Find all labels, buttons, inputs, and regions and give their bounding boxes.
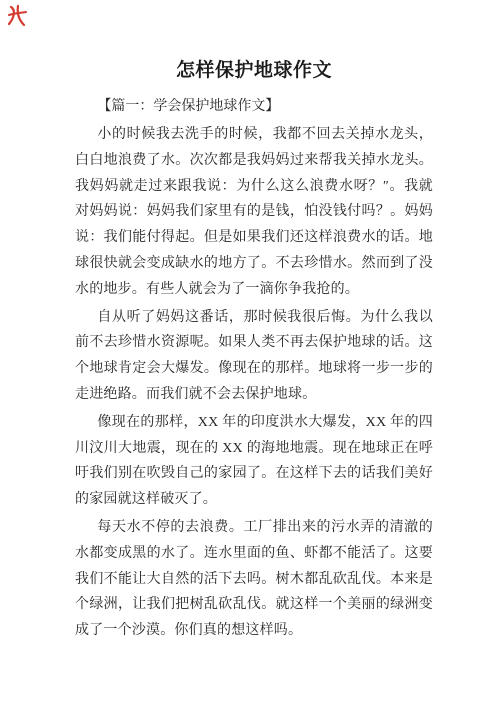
paragraph-1: 小的时候我去洗手的时候，我都不回去关掉水龙头，白白地浪费了水。次次都是我妈妈过来… [75,122,433,303]
section-heading: 【篇一：学会保护地球作文】 [75,94,433,120]
paragraph-2: 自从听了妈妈这番话，那时候我很后悔。为什么我以前不去珍惜水资源呢。如果人类不再去… [75,305,433,408]
essay-document-page: 怎样保护地球作文 【篇一：学会保护地球作文】 小的时候我去洗手的时候，我都不回去… [0,0,500,707]
paragraph-4: 每天水不停的去浪费。工厂排出来的污水弄的清澈的水都变成黑的水了。连水里面的鱼、虾… [75,515,433,644]
paragraph-3: 像现在的那样，XX 年的印度洪水大爆发，XX 年的四川汶川大地震，现在的 XX … [75,410,433,513]
essay-body: 怎样保护地球作文 【篇一：学会保护地球作文】 小的时候我去洗手的时候，我都不回去… [75,56,433,644]
essay-title: 怎样保护地球作文 [75,56,433,86]
red-scribble-mark [6,4,28,28]
